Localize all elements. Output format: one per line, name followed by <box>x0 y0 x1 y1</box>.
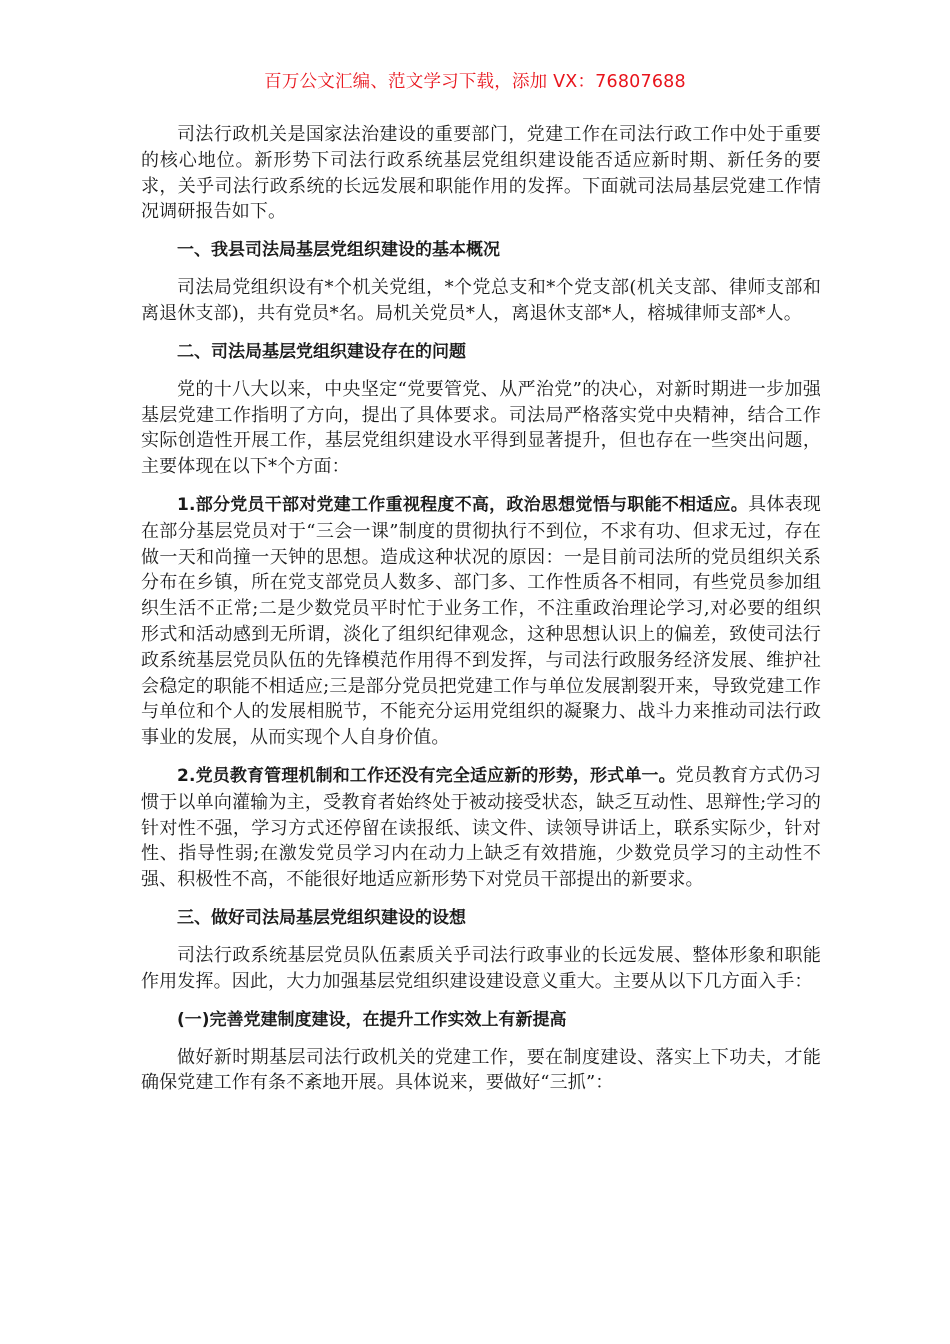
document-page: 百万公文汇编、范文学习下载，添加 VX：76807688 司法行政机关是国家法治… <box>0 0 950 1344</box>
intro-paragraph: 司法行政机关是国家法治建设的重要部门，党建工作在司法行政工作中处于重要的核心地位… <box>141 122 821 225</box>
section-2-item-2: 2.党员教育管理机制和工作还没有完全适应新的形势，形式单一。党员教育方式仍习惯于… <box>141 763 821 893</box>
section-2-item-1: 1.部分党员干部对党建工作重视程度不高，政治思想觉悟与职能不相适应。具体表现在部… <box>141 492 821 751</box>
subsection-1-heading: (一)完善党建制度建设，在提升工作实效上有新提高 <box>141 1007 821 1033</box>
document-body: 司法行政机关是国家法治建设的重要部门，党建工作在司法行政工作中处于重要的核心地位… <box>141 122 821 1108</box>
item-1-lead: 1.部分党员干部对党建工作重视程度不高，政治思想觉悟与职能不相适应。 <box>177 495 748 515</box>
section-3-heading: 三、做好司法局基层党组织建设的设想 <box>141 905 821 931</box>
subsection-1-paragraph: 做好新时期基层司法行政机关的党建工作，要在制度建设、落实上下功夫，才能确保党建工… <box>141 1045 821 1097</box>
section-1-paragraph: 司法局党组织设有*个机关党组，*个党总支和*个党支部(机关支部、律师支部和离退休… <box>141 275 821 327</box>
item-1-body: 具体表现在部分基层党员对于“三会一课”制度的贯彻执行不到位，不求有功、但求无过，… <box>141 494 821 748</box>
section-2-paragraph: 党的十八大以来，中央坚定“党要管党、从严治党”的决心，对新时期进一步加强基层党建… <box>141 377 821 480</box>
promo-banner: 百万公文汇编、范文学习下载，添加 VX：76807688 <box>0 68 950 93</box>
section-1-heading: 一、我县司法局基层党组织建设的基本概况 <box>141 237 821 263</box>
item-2-lead: 2.党员教育管理机制和工作还没有完全适应新的形势，形式单一。 <box>177 766 676 786</box>
section-3-paragraph: 司法行政系统基层党员队伍素质关乎司法行政事业的长远发展、整体形象和职能作用发挥。… <box>141 943 821 995</box>
section-2-heading: 二、司法局基层党组织建设存在的问题 <box>141 339 821 365</box>
